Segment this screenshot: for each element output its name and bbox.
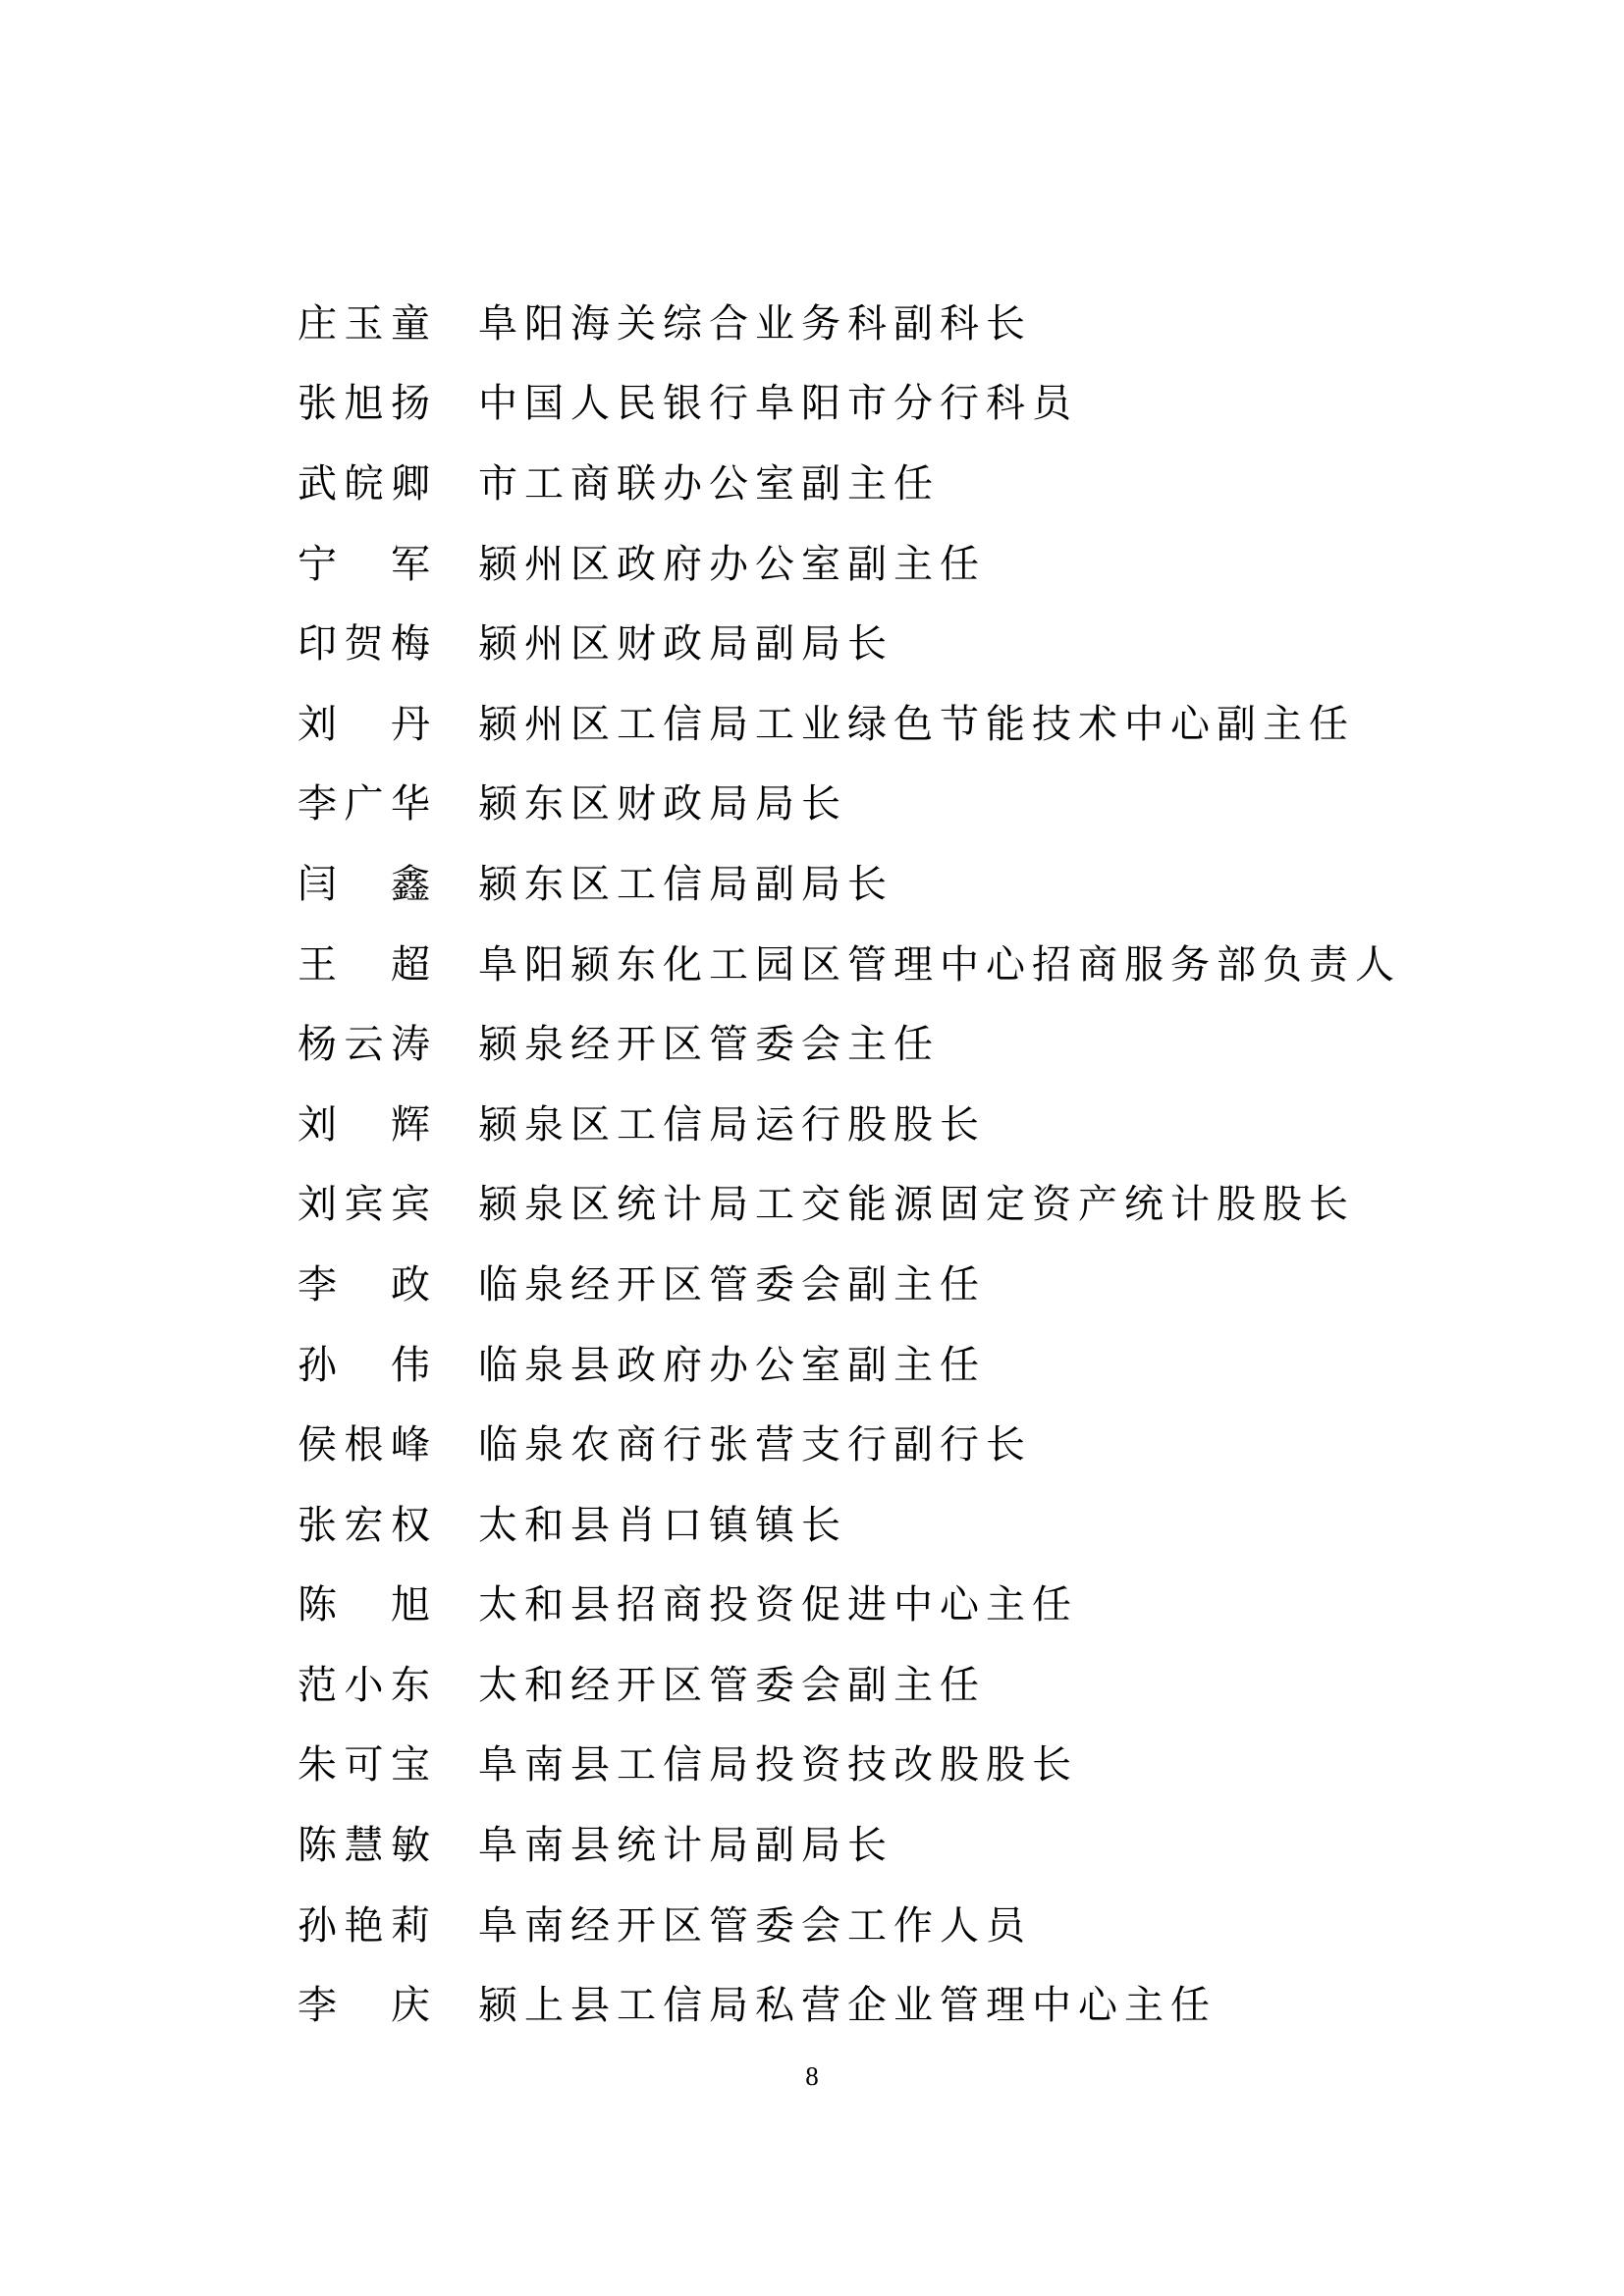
person-title: 颍州区政府办公室副主任	[478, 545, 986, 584]
list-item: 刘宾宾 颍泉区统计局工交能源固定资产统计股股长	[298, 1165, 1401, 1246]
list-item: 孙 伟 临泉县政府办公室副主任	[298, 1325, 1401, 1406]
list-item: 陈慧敏 阜南县统计局副局长	[298, 1805, 1401, 1886]
person-name: 李 庆	[298, 1986, 437, 2025]
person-name: 印贺梅	[298, 624, 437, 664]
list-item: 杨云涛 颍泉经开区管委会主任	[298, 1004, 1401, 1085]
person-name: 刘宾宾	[298, 1185, 437, 1224]
list-item: 武皖卿 市工商联办公室副主任	[298, 444, 1401, 524]
person-title: 临泉县政府办公室副主任	[478, 1346, 986, 1385]
list-item: 刘 丹 颍州区工信局工业绿色节能技术中心副主任	[298, 684, 1401, 765]
list-item: 李广华 颍东区财政局局长	[298, 765, 1401, 845]
person-name: 孙 伟	[298, 1346, 437, 1385]
list-item: 张宏权 太和县肖口镇镇长	[298, 1485, 1401, 1566]
document-page: 庄玉童 阜阳海关综合业务科副科长 张旭扬 中国人民银行阜阳市分行科员 武皖卿 市…	[0, 0, 1624, 2296]
list-item: 庄玉童 阜阳海关综合业务科副科长	[298, 284, 1401, 364]
person-title: 阜阳颍东化工园区管理中心招商服务部负责人	[478, 945, 1401, 985]
list-item: 李 庆 颍上县工信局私营企业管理中心主任	[298, 1965, 1401, 2046]
person-name: 陈 旭	[298, 1585, 437, 1625]
person-title: 颍东区工信局副局长	[478, 865, 893, 904]
person-title: 颍上县工信局私营企业管理中心主任	[478, 1986, 1217, 2025]
person-title: 中国人民银行阜阳市分行科员	[478, 384, 1078, 423]
list-item: 侯根峰 临泉农商行张营支行副行长	[298, 1405, 1401, 1485]
person-name: 武皖卿	[298, 464, 437, 504]
person-name: 朱可宝	[298, 1745, 437, 1785]
list-item: 范小东 太和经开区管委会副主任	[298, 1645, 1401, 1726]
name-list: 庄玉童 阜阳海关综合业务科副科长 张旭扬 中国人民银行阜阳市分行科员 武皖卿 市…	[298, 284, 1401, 2046]
person-title: 颍泉区工信局运行股股长	[478, 1105, 986, 1145]
person-title: 阜阳海关综合业务科副科长	[478, 304, 1032, 344]
list-item: 陈 旭 太和县招商投资促进中心主任	[298, 1566, 1401, 1646]
person-name: 孙艳莉	[298, 1906, 437, 1946]
list-item: 孙艳莉 阜南经开区管委会工作人员	[298, 1886, 1401, 1966]
person-name: 李 政	[298, 1265, 437, 1305]
list-item: 印贺梅 颍州区财政局副局长	[298, 604, 1401, 684]
person-name: 闫 鑫	[298, 865, 437, 904]
person-title: 颍泉区统计局工交能源固定资产统计股股长	[478, 1185, 1355, 1224]
person-title: 市工商联办公室副主任	[478, 464, 940, 504]
person-name: 张宏权	[298, 1506, 437, 1545]
person-name: 陈慧敏	[298, 1826, 437, 1865]
person-name: 张旭扬	[298, 384, 437, 423]
person-name: 李广华	[298, 784, 437, 824]
person-title: 颍东区财政局局长	[478, 784, 847, 824]
person-name: 宁 军	[298, 545, 437, 584]
person-title: 颍州区财政局副局长	[478, 624, 893, 664]
list-item: 朱可宝 阜南县工信局投资技改股股长	[298, 1726, 1401, 1806]
person-title: 阜南县统计局副局长	[478, 1826, 893, 1865]
person-title: 阜南县工信局投资技改股股长	[478, 1745, 1078, 1785]
person-title: 临泉农商行张营支行副行长	[478, 1425, 1032, 1465]
list-item: 宁 军 颍州区政府办公室副主任	[298, 524, 1401, 605]
list-item: 闫 鑫 颍东区工信局副局长	[298, 844, 1401, 925]
person-name: 范小东	[298, 1666, 437, 1705]
list-item: 张旭扬 中国人民银行阜阳市分行科员	[298, 364, 1401, 445]
person-title: 颍泉经开区管委会主任	[478, 1025, 940, 1064]
person-name: 杨云涛	[298, 1025, 437, 1064]
person-name: 庄玉童	[298, 304, 437, 344]
page-number: 8	[0, 2063, 1624, 2090]
person-title: 临泉经开区管委会副主任	[478, 1265, 986, 1305]
person-title: 颍州区工信局工业绿色节能技术中心副主任	[478, 705, 1355, 744]
list-item: 刘 辉 颍泉区工信局运行股股长	[298, 1085, 1401, 1165]
list-item: 王 超 阜阳颍东化工园区管理中心招商服务部负责人	[298, 925, 1401, 1005]
person-name: 王 超	[298, 945, 437, 985]
person-title: 太和县招商投资促进中心主任	[478, 1585, 1078, 1625]
person-name: 刘 丹	[298, 705, 437, 744]
person-title: 阜南经开区管委会工作人员	[478, 1906, 1032, 1946]
person-name: 侯根峰	[298, 1425, 437, 1465]
person-name: 刘 辉	[298, 1105, 437, 1145]
person-title: 太和县肖口镇镇长	[478, 1506, 847, 1545]
list-item: 李 政 临泉经开区管委会副主任	[298, 1245, 1401, 1325]
person-title: 太和经开区管委会副主任	[478, 1666, 986, 1705]
